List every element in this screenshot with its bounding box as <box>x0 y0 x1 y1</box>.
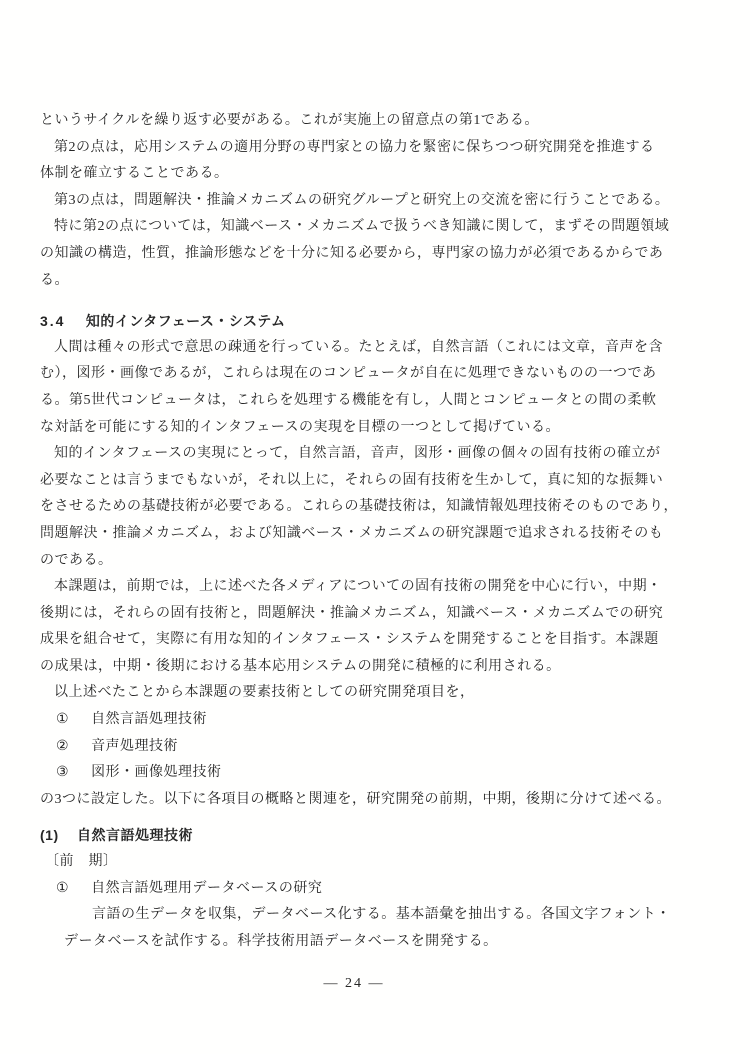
list-item-label: 自然言語処理技術 <box>91 712 207 727</box>
list-item-speech: ②音声処理技術 <box>40 734 680 761</box>
text-line: 体制を確立することである。 <box>40 161 680 188</box>
phase-label: 〔前 期〕 <box>40 849 680 876</box>
circled-number-icon: ② <box>56 739 69 754</box>
text-line: のである。 <box>40 548 680 575</box>
subsection-item: ①自然言語処理用データベースの研究 <box>40 876 680 903</box>
section-number: 3.4 <box>40 313 65 329</box>
subsection-number: (1) <box>40 827 59 843</box>
circled-number-icon: ① <box>56 881 69 896</box>
list-item-label: 図形・画像処理技術 <box>91 765 222 780</box>
text-line: 以上述べたことから本課題の要素技術としての研究開発項目を， <box>40 680 680 707</box>
text-line: データベースを試作する。科学技術用語データベースを開発する。 <box>40 929 680 956</box>
list-item-graphics-image: ③図形・画像処理技術 <box>40 760 680 787</box>
text-line: 第2の点は，応用システムの適用分野の専門家との協力を緊密に保ちつつ研究開発を推進… <box>40 135 680 162</box>
text-line: る。 <box>40 268 680 295</box>
circled-number-icon: ① <box>56 712 69 727</box>
text-line: る。第5世代コンピュータは，これらを処理する機能を有し，人間とコンピュータとの間… <box>40 388 680 415</box>
text-line: の3つに設定した。以下に各項目の概略と関連を，研究開発の前期，中期，後期に分けて… <box>40 787 680 814</box>
text-line: の知識の構造，性質，推論形態などを十分に知る必要から，専門家の協力が必須であるか… <box>40 241 680 268</box>
text-line: 後期には，それらの固有技術と，問題解決・推論メカニズム，知識ベース・メカニズムで… <box>40 601 680 628</box>
text-line: というサイクルを繰り返す必要がある。これが実施上の留意点の第1である。 <box>40 108 680 135</box>
text-line: む），図形・画像であるが，これらは現在のコンピュータが自在に処理できないものの一… <box>40 361 680 388</box>
text-line: 問題解決・推論メカニズム，および知識ベース・メカニズムの研究課題で追求される技術… <box>40 521 680 548</box>
text-line: 第3の点は，問題解決・推論メカニズムの研究グループと研究上の交流を密に行うことで… <box>40 188 680 215</box>
text-line: をさせるための基礎技術が必要である。これらの基礎技術は，知識情報処理技術そのもの… <box>40 494 680 521</box>
text-line: 必要なことは言うまでもないが，それ以上に，それらの固有技術を生かして，真に知的な… <box>40 468 680 495</box>
subsection-title: 自然言語処理技術 <box>77 827 193 843</box>
text-line: の成果は，中期・後期における基本応用システムの開発に積極的に利用される。 <box>40 654 680 681</box>
section-heading: 3.4 知的インタフェース・システム <box>40 308 680 335</box>
document-page: というサイクルを繰り返す必要がある。これが実施上の留意点の第1である。 第2の点… <box>0 0 750 1054</box>
page-content: というサイクルを繰り返す必要がある。これが実施上の留意点の第1である。 第2の点… <box>40 108 680 955</box>
text-line: 知的インタフェースの実現にとって，自然言語，音声，図形・画像の個々の固有技術の確… <box>40 441 680 468</box>
text-line: 本課題は，前期では，上に述べた各メディアについての固有技術の開発を中心に行い，中… <box>40 574 680 601</box>
text-line: 成果を組合せて，実際に有用な知的インタフェース・システムを開発することを目指す。… <box>40 627 680 654</box>
subsection-heading: (1) 自然言語処理技術 <box>40 822 680 849</box>
section-title: 知的インタフェース・システム <box>86 313 286 329</box>
list-item-label: 音声処理技術 <box>91 739 178 754</box>
text-line: 特に第2の点については，知識ベース・メカニズムで扱うべき知識に関して，まずその問… <box>40 214 680 241</box>
list-item-natural-language: ①自然言語処理技術 <box>40 707 680 734</box>
subsection-item-title: 自然言語処理用データベースの研究 <box>91 881 322 896</box>
text-line: な対話を可能にする知的インタフェースの実現を目標の一つとして掲げている。 <box>40 415 680 442</box>
text-line: 言語の生データを収集，データベース化する。基本語彙を抽出する。各国文字フォント・ <box>40 902 680 929</box>
circled-number-icon: ③ <box>56 765 69 780</box>
text-line: 人間は種々の形式で意思の疎通を行っている。たとえば，自然言語（これには文章，音声… <box>40 335 680 362</box>
footer-page-number: — 24 — <box>40 976 668 992</box>
